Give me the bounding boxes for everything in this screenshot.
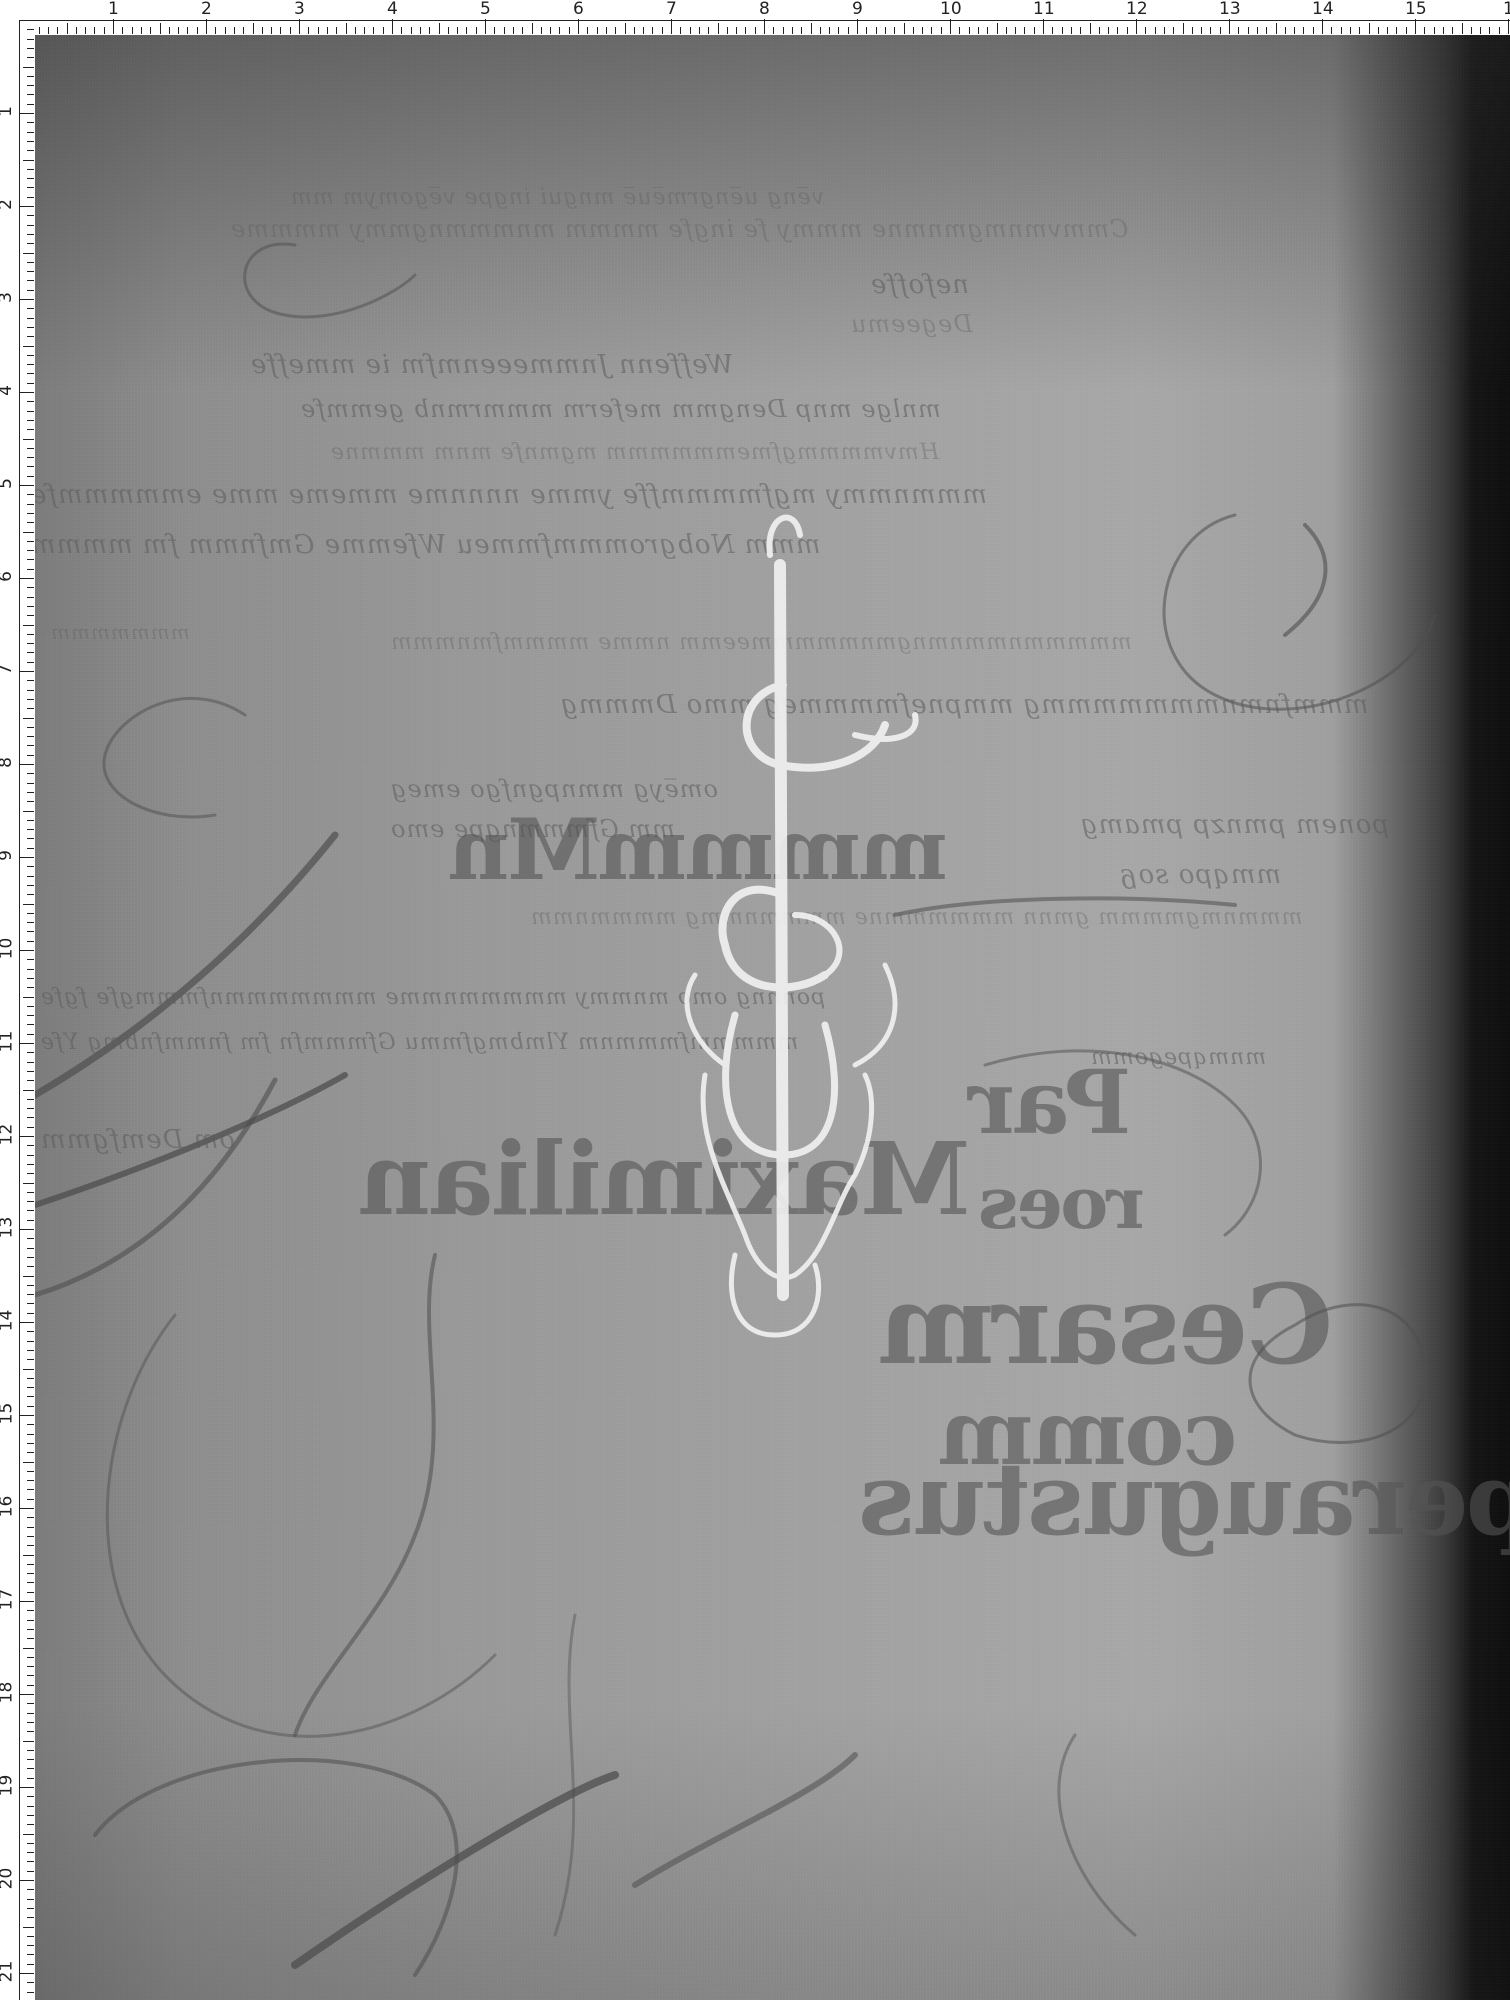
ruler-tick (23, 346, 34, 347)
ruler-tick (643, 27, 644, 34)
ruler-tick (27, 829, 34, 830)
ruler-tick (27, 745, 34, 746)
ruler-tick (27, 29, 34, 30)
ruler-tick (67, 23, 68, 34)
ruler-label: 12 (1126, 1, 1148, 18)
ruler-label: 14 (1312, 1, 1334, 18)
ruler-tick (466, 27, 467, 34)
ruler-tick (27, 1155, 34, 1156)
ruler-tick (699, 27, 700, 34)
ruler-tick (969, 27, 970, 34)
ruler-tick (27, 1331, 34, 1332)
ruler-tick (866, 27, 867, 34)
ruler-tick (262, 27, 263, 34)
ruler-tick (838, 27, 839, 34)
ruler-tick (1387, 27, 1388, 34)
ruler-tick (27, 290, 34, 291)
ruler-tick (27, 1499, 34, 1500)
ruler-tick (23, 1834, 34, 1835)
ruler-tick (27, 1257, 34, 1258)
ruler-tick (401, 27, 402, 34)
ruler-tick (23, 1927, 34, 1928)
ruler-tick (27, 401, 34, 402)
ruler-tick (27, 494, 34, 495)
ruler-tick (27, 1722, 34, 1723)
ruler-tick (27, 1378, 34, 1379)
ruler-tick (318, 27, 319, 34)
ruler-tick (27, 1889, 34, 1890)
ruler-tick (783, 27, 784, 34)
ruler-label: 9 (0, 850, 15, 861)
ruler-tick (23, 1276, 34, 1277)
ruler-tick (280, 27, 281, 34)
ruler-tick (23, 625, 34, 626)
ruler-tick (27, 1536, 34, 1537)
ruler-tick (243, 27, 244, 34)
ruler-tick (1164, 27, 1165, 34)
ruler-tick (634, 27, 635, 34)
ruler-tick (178, 27, 179, 34)
ruler-tick (27, 587, 34, 588)
ruler-tick (27, 801, 34, 802)
ruler-tick (27, 1313, 34, 1314)
ruler-tick (27, 1024, 34, 1025)
ruler-tick (27, 1173, 34, 1174)
ruler-tick (23, 997, 34, 998)
ruler-tick (27, 1062, 34, 1063)
ruler-tick (308, 27, 309, 34)
ruler-tick (19, 857, 34, 858)
ruler-tick (27, 876, 34, 877)
ruler-tick (1313, 27, 1314, 34)
manuscript-scan: ve̅ng ue̅ngrme̅ue̅ mngui ingpe ve̅gomym … (35, 35, 1510, 2000)
ruler-tick (1173, 27, 1174, 34)
ruler-tick (1434, 27, 1435, 34)
ruler-tick (19, 392, 34, 393)
ruler-label: 20 (0, 1868, 15, 1890)
ruler-tick (27, 1564, 34, 1565)
ruler-tick (448, 27, 449, 34)
ruler-tick (27, 1964, 34, 1965)
ruler-tick (27, 1703, 34, 1704)
ruler-tick (941, 27, 942, 34)
ruler-tick (19, 1508, 34, 1509)
ruler-label: 2 (201, 1, 212, 18)
ruler-tick (1415, 19, 1416, 34)
ruler-tick (27, 1610, 34, 1611)
ruler-tick (27, 262, 34, 263)
ruler-tick (27, 1396, 34, 1397)
ruler-tick (27, 1954, 34, 1955)
ruler-tick (27, 411, 34, 412)
ruler-tick (27, 755, 34, 756)
ruler-tick (485, 19, 486, 34)
ruler-tick (27, 355, 34, 356)
ruler-tick (27, 243, 34, 244)
ruler-tick (494, 27, 495, 34)
ruler-label: 11 (0, 1031, 15, 1053)
ruler-tick (606, 27, 607, 34)
ruler-tick (27, 1359, 34, 1360)
ruler-tick (1024, 27, 1025, 34)
ruler-tick (1369, 23, 1370, 34)
ruler-tick (373, 27, 374, 34)
ruler-tick (27, 308, 34, 309)
ruler-tick (76, 27, 77, 34)
ruler-tick (27, 1127, 34, 1128)
ruler-label: 10 (0, 938, 15, 960)
ruler-tick (420, 27, 421, 34)
ruler-tick (39, 27, 40, 34)
ruler-tick (27, 1164, 34, 1165)
ruler-tick (141, 27, 142, 34)
ruler-tick (1294, 27, 1295, 34)
ruler-tick (1183, 23, 1184, 34)
ruler-tick (1331, 27, 1332, 34)
ruler-tick (1062, 27, 1063, 34)
ruler-label: 5 (480, 1, 491, 18)
ruler-tick (27, 1908, 34, 1909)
ruler-tick (27, 1657, 34, 1658)
ruler-tick (253, 23, 254, 34)
ruler-tick (27, 1210, 34, 1211)
ruler-tick (215, 27, 216, 34)
ruler-tick (27, 336, 34, 337)
ruler-tick (27, 699, 34, 700)
ruler-tick (1155, 27, 1156, 34)
ruler-tick (27, 894, 34, 895)
ruler-tick (27, 1666, 34, 1667)
ruler-tick (27, 922, 34, 923)
ruler-tick (764, 19, 765, 34)
ruler-tick (792, 27, 793, 34)
ruler-label: 1 (1503, 1, 1510, 18)
ruler-tick (19, 1322, 34, 1323)
ruler-tick (27, 931, 34, 932)
ruler-tick (27, 187, 34, 188)
ruler-tick (27, 838, 34, 839)
ruler-tick (27, 1768, 34, 1769)
ruler-tick (1117, 27, 1118, 34)
ruler-tick (122, 27, 123, 34)
left-ruler: 123456789101112131415161718192021 (0, 0, 34, 2000)
ruler-tick (997, 23, 998, 34)
ruler-label: 3 (294, 1, 305, 18)
ruler-tick (1508, 19, 1509, 34)
ruler-tick (987, 27, 988, 34)
ruler-tick (27, 1238, 34, 1239)
ruler-tick (27, 1201, 34, 1202)
ruler-tick (1499, 27, 1500, 34)
ruler-tick (27, 466, 34, 467)
ruler-label: 1 (0, 106, 15, 117)
ruler-tick (27, 1406, 34, 1407)
ruler-label: 13 (0, 1217, 15, 1239)
ruler-tick (1378, 27, 1379, 34)
ruler-tick (27, 522, 34, 523)
ruler-tick (27, 1992, 34, 1993)
ruler-tick (27, 1350, 34, 1351)
ruler-tick (19, 299, 34, 300)
ruler-tick (1201, 27, 1202, 34)
ruler-tick (1452, 27, 1453, 34)
ruler-tick (27, 1424, 34, 1425)
ruler-tick (1015, 27, 1016, 34)
ruler-tick (27, 1638, 34, 1639)
ruler-tick (27, 1303, 34, 1304)
ruler-tick (550, 27, 551, 34)
ruler-tick (1220, 27, 1221, 34)
ruler-tick (19, 1043, 34, 1044)
ruler-tick (27, 1220, 34, 1221)
ruler-tick (27, 1052, 34, 1053)
ruler-label: 2 (0, 199, 15, 210)
ruler-tick (27, 550, 34, 551)
ruler-tick (206, 19, 207, 34)
ruler-tick (1099, 27, 1100, 34)
ruler-tick (27, 1341, 34, 1342)
ruler-tick (27, 1917, 34, 1918)
ruler-tick (27, 504, 34, 505)
ruler-tick (27, 1480, 34, 1481)
ruler-tick (1108, 27, 1109, 34)
ruler-tick (19, 671, 34, 672)
ruler-tick (27, 122, 34, 123)
ruler-tick (1303, 27, 1304, 34)
ruler-tick (27, 1815, 34, 1816)
ruler-tick (848, 27, 849, 34)
ruler-tick (429, 27, 430, 34)
ruler-tick (978, 27, 979, 34)
ruler-tick (1127, 27, 1128, 34)
ruler-tick (504, 27, 505, 34)
ruler-tick (1090, 23, 1091, 34)
ruler-tick (1480, 27, 1481, 34)
ruler-tick (27, 662, 34, 663)
ruler-tick (27, 1294, 34, 1295)
ruler-tick (1406, 27, 1407, 34)
ruler-tick (27, 1034, 34, 1035)
ruler-tick (27, 1778, 34, 1779)
ruler-tick (708, 27, 709, 34)
ruler-tick (27, 150, 34, 151)
ruler-label: 16 (0, 1496, 15, 1518)
ruler-tick (271, 27, 272, 34)
ruler-tick (23, 160, 34, 161)
ruler-tick (19, 950, 34, 951)
ruler-tick (27, 1006, 34, 1007)
ruler-tick (671, 19, 672, 34)
ruler-tick (19, 113, 34, 114)
ruler-tick (27, 132, 34, 133)
ruler-tick (27, 271, 34, 272)
ruler-tick (27, 1675, 34, 1676)
ruler-tick (27, 969, 34, 970)
ruler-tick (27, 1759, 34, 1760)
ruler-tick (336, 27, 337, 34)
ruler-tick (27, 364, 34, 365)
ruler-tick (578, 19, 579, 34)
ruler-tick (197, 27, 198, 34)
ruler-tick (23, 1090, 34, 1091)
ruler-tick (27, 141, 34, 142)
ruler-tick (27, 1080, 34, 1081)
ruler-tick (27, 39, 34, 40)
ruler-tick (27, 429, 34, 430)
ruler-tick (23, 1648, 34, 1649)
ruler-tick (597, 27, 598, 34)
ruler-tick (19, 578, 34, 579)
ruler-tick (27, 1685, 34, 1686)
ruler-tick (1192, 27, 1193, 34)
ruler-tick (876, 27, 877, 34)
ruler-tick (736, 27, 737, 34)
ruler-tick (532, 23, 533, 34)
ruler-label: 11 (1033, 1, 1055, 18)
ruler-tick (1350, 27, 1351, 34)
ruler-tick (27, 1982, 34, 1983)
ruler-tick (187, 27, 188, 34)
ruler-tick (1462, 23, 1463, 34)
ruler-tick (541, 27, 542, 34)
ruler-tick (27, 1545, 34, 1546)
ruler-tick (27, 1266, 34, 1267)
ruler-tick (27, 280, 34, 281)
ruler-label: 6 (0, 571, 15, 582)
ruler-tick (27, 373, 34, 374)
ruler-tick (27, 1443, 34, 1444)
ruler-tick (27, 1945, 34, 1946)
ruler-tick (857, 19, 858, 34)
ruler-tick (19, 1136, 34, 1137)
ruler-tick (27, 1620, 34, 1621)
ruler-tick (27, 1099, 34, 1100)
ruler-tick (364, 27, 365, 34)
ruler-tick (931, 27, 932, 34)
ruler-tick (513, 27, 514, 34)
ruler-tick (755, 27, 756, 34)
ruler-tick (27, 615, 34, 616)
ruler-tick (1489, 27, 1490, 34)
ruler-tick (1210, 27, 1211, 34)
ruler-tick (1257, 27, 1258, 34)
ruler-tick (27, 513, 34, 514)
ruler-tick (290, 27, 291, 34)
ruler-tick (27, 1573, 34, 1574)
ruler-tick (801, 27, 802, 34)
ruler-tick (27, 634, 34, 635)
ruler-tick (27, 1796, 34, 1797)
ruler-tick (27, 1713, 34, 1714)
ruler-tick (19, 20, 34, 21)
ruler-tick (27, 792, 34, 793)
ruler-tick (1006, 27, 1007, 34)
ruler-tick (27, 48, 34, 49)
ruler-tick (922, 27, 923, 34)
ruler-label: 4 (0, 385, 15, 396)
ruler-tick (19, 485, 34, 486)
ruler-tick (1322, 19, 1323, 34)
ruler-tick (19, 764, 34, 765)
ruler-tick (27, 680, 34, 681)
ruler-tick (383, 27, 384, 34)
ruler-tick (811, 23, 812, 34)
ruler-tick (27, 215, 34, 216)
ruler-label: 8 (0, 757, 15, 768)
ruler-tick (959, 27, 960, 34)
ruler-tick (1136, 19, 1137, 34)
ruler-tick (27, 1871, 34, 1872)
ruler-tick (19, 206, 34, 207)
ruler-tick (27, 1843, 34, 1844)
ruler-tick (1443, 27, 1444, 34)
ruler-tick (160, 23, 161, 34)
ruler-tick (680, 27, 681, 34)
ruler-tick (745, 27, 746, 34)
ruler-label: 1 (108, 1, 119, 18)
ruler-tick (27, 1387, 34, 1388)
ruler-tick (27, 420, 34, 421)
ruler-tick (1424, 27, 1425, 34)
ruler-tick (27, 1582, 34, 1583)
ruler-tick (27, 820, 34, 821)
ruler-tick (27, 727, 34, 728)
ruler-tick (27, 783, 34, 784)
ruler-tick (27, 1071, 34, 1072)
ruler-tick (1080, 27, 1081, 34)
ruler-tick (19, 1973, 34, 1974)
ruler-tick (27, 606, 34, 607)
ruler-tick (27, 987, 34, 988)
ruler-tick (885, 27, 886, 34)
ruler-tick (19, 1415, 34, 1416)
ruler-tick (27, 541, 34, 542)
ruler-tick (23, 1462, 34, 1463)
ruler-tick (476, 27, 477, 34)
ruler-tick (559, 27, 560, 34)
ruler-tick (355, 27, 356, 34)
ruler-tick (27, 1852, 34, 1853)
ruler-tick (894, 27, 895, 34)
ruler-tick (1396, 27, 1397, 34)
ruler-tick (652, 27, 653, 34)
ruler-tick (113, 19, 114, 34)
ruler-tick (27, 104, 34, 105)
ruler-tick (27, 1248, 34, 1249)
ruler-tick (19, 1694, 34, 1695)
ruler-tick (1248, 27, 1249, 34)
ruler-tick (27, 169, 34, 170)
ruler-tick (234, 27, 235, 34)
ruler-tick (1034, 27, 1035, 34)
ruler-tick (23, 532, 34, 533)
ruler-tick (1276, 23, 1277, 34)
ruler-label: 4 (387, 1, 398, 18)
ruler-tick (23, 718, 34, 719)
ruler-tick (27, 597, 34, 598)
ruler-tick (27, 1527, 34, 1528)
ruler-tick (27, 225, 34, 226)
ruler-tick (104, 27, 105, 34)
ruler-tick (27, 318, 34, 319)
ruler-tick (27, 773, 34, 774)
ruler-tick (27, 94, 34, 95)
ruler-tick (1071, 27, 1072, 34)
ruler-tick (457, 27, 458, 34)
ruler-tick (27, 569, 34, 570)
watermark-serpent-cup-icon (35, 35, 1510, 2000)
ruler-label: 7 (0, 664, 15, 675)
